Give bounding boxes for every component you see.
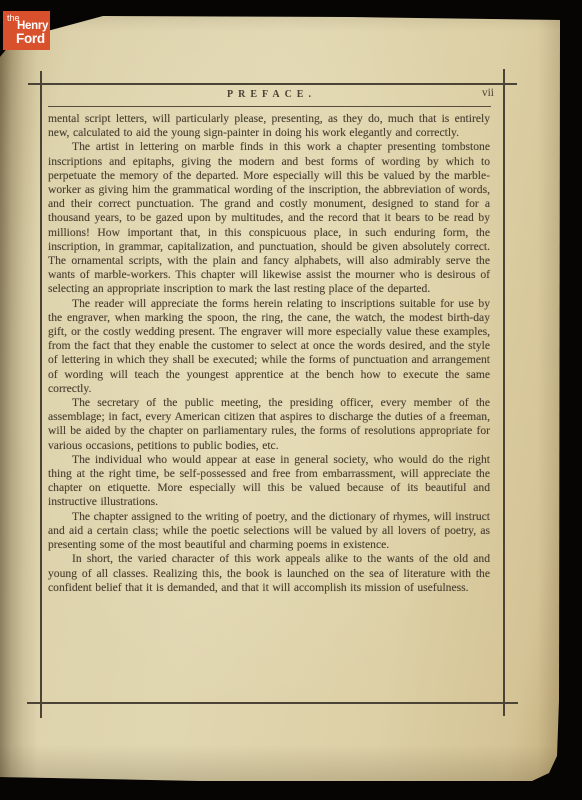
page-number: vii <box>466 87 494 99</box>
binding-gutter-shadow <box>0 0 38 784</box>
preface-paragraph: In short, the varied character of this w… <box>48 552 490 595</box>
preface-paragraph: mental script letters, will particularly… <box>48 112 490 140</box>
header-rule <box>48 106 491 107</box>
page-title: PREFACE. <box>48 89 490 100</box>
book-page-scan: PREFACE. vii mental script letters, will… <box>0 0 560 784</box>
frame-rule-bottom <box>27 702 518 704</box>
frame-rule-right <box>503 69 505 716</box>
frame-rule-left <box>40 71 42 718</box>
preface-paragraph: The individual who would appear at ease … <box>48 453 490 510</box>
preface-paragraph: The reader will appreciate the forms her… <box>48 297 490 396</box>
henry-ford-logo: the Henry Ford <box>3 11 50 50</box>
preface-text-block: mental script letters, will particularly… <box>48 112 490 595</box>
preface-paragraph: The artist in lettering on marble finds … <box>48 140 490 296</box>
logo-word-ford: Ford <box>16 31 45 46</box>
frame-rule-top <box>28 83 517 85</box>
preface-paragraph: The secretary of the public meeting, the… <box>48 396 490 453</box>
preface-paragraph: The chapter assigned to the writing of p… <box>48 510 490 553</box>
